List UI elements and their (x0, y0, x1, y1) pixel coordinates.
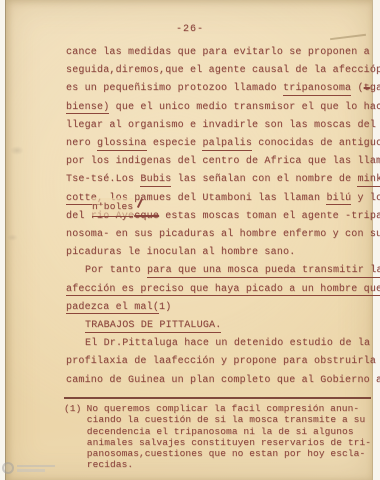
underlined-text: palpalis (202, 138, 252, 151)
underlined-text: padezca el mal( (66, 302, 159, 315)
footnote-text: ciando la cuestión de si la mosca transm… (87, 414, 365, 425)
footnote-text: panosomas,cuestiones que no estan por ho… (87, 448, 365, 459)
typed-line: n'bolesdel rio Ayecque estas moscas toma… (66, 208, 372, 226)
paper-stain (10, 146, 24, 155)
footnote-line: panosomas,cuestiones que no estan por ho… (64, 448, 370, 459)
typed-line: afección es preciso que haya picado a un… (66, 281, 372, 299)
typed-text: Por tanto (85, 265, 147, 276)
typed-text: gam- (370, 83, 380, 94)
underlined-text: biense) (66, 102, 109, 115)
underlined-text: Bubis (140, 174, 171, 187)
typed-line: TRABAJOS DE PITTALUGA. (66, 317, 372, 335)
footnote-text: animales salvajes constituyen reservario… (87, 437, 371, 448)
typed-text: los pamues del Utamboni las llaman (103, 193, 326, 204)
typed-text: seguida,diremos,que el agente causal de … (66, 65, 380, 76)
typed-line: nero glossina especie palpalis conocidas… (66, 135, 372, 153)
typed-line: profilaxia de laafección y propone para … (66, 353, 372, 371)
library-stamp-watermark (2, 460, 55, 476)
typed-text: es un pequeñisimo protozoo llamado (66, 83, 283, 94)
footnote-line: recidas. (64, 459, 370, 470)
typed-text: nero (66, 138, 97, 149)
typed-text: 1) (159, 302, 171, 313)
typed-text: cance las medidas que para evitarlo se p… (66, 47, 370, 58)
paper-stain (7, 234, 18, 241)
typed-line: cance las medidas que para evitarlo se p… (66, 44, 372, 62)
typed-text: llegar al organismo e invadirle son las … (66, 120, 380, 131)
typed-text: picaduras le inoculan al hombre sano. (66, 247, 295, 258)
typed-text: El Dr.Pittaluga hace un detenido estudio… (85, 338, 370, 349)
underlined-text: glossina (97, 138, 147, 151)
underlined-text: TRABAJOS DE PITTALUGA. (85, 320, 221, 333)
footnote-line: animales salvajes constituyen reservario… (64, 437, 370, 448)
typed-text: y los (351, 193, 380, 204)
typed-text: estas moscas toman el agente -tripa- (159, 211, 380, 222)
typed-text: por los indigenas del centro de Africa q… (66, 156, 380, 167)
typed-text: las señalan con el nombre de (171, 174, 357, 185)
underlined-text: minki- (357, 174, 380, 187)
handwritten-insertion: n'boles (92, 198, 133, 217)
footnote-text: recidas. (87, 459, 133, 470)
typed-text: conocidas de antiguo (252, 138, 380, 149)
stamp-circle-icon (2, 462, 14, 474)
typed-text: que el unico medio transmisor el que lo … (109, 102, 380, 113)
typed-text: profilaxia de laafección y propone para … (66, 356, 380, 367)
typed-line: biense) que el unico medio transmisor el… (66, 99, 372, 117)
typed-line: El Dr.Pittaluga hace un detenido estudio… (66, 335, 372, 353)
page-number: -26- (0, 24, 380, 35)
footnote-text: No queremos complicar la facil compresió… (87, 403, 360, 414)
typed-line: Tse-tsé.Los Bubis las señalan con el nom… (66, 171, 372, 189)
footnote-text: decendencia el tripanosoma ni la de si a… (87, 426, 354, 437)
struck-text: cque (134, 211, 159, 222)
stamp-text-lines (17, 465, 55, 472)
footnote-marker: (1) (64, 403, 81, 414)
typed-line: es un pequeñisimo protozoo llamado tripa… (66, 80, 372, 98)
typed-line: picaduras le inoculan al hombre sano. (66, 244, 372, 262)
typed-line: llegar al organismo e invadirle son las … (66, 117, 372, 135)
underlined-text: tripanosoma (283, 83, 351, 96)
typed-text: camino de Guinea un plan completo que al… (66, 375, 380, 386)
typed-line: camino de Guinea un plan completo que al… (66, 372, 372, 390)
typed-line: seguida,diremos,que el agente causal de … (66, 62, 372, 80)
scanned-document-page: -26- cance las medidas que para evitarlo… (0, 0, 380, 480)
footnote-line: (1)No queremos complicar la facil compre… (64, 403, 370, 414)
typed-text: ( (351, 83, 363, 94)
typed-body: cance las medidas que para evitarlo se p… (66, 44, 372, 390)
typed-text: nosoma- en sus picaduras al hombre enfer… (66, 229, 380, 240)
footnote-line: ciando la cuestión de si la mosca transm… (64, 414, 370, 425)
typed-line: Por tanto para que una mosca pueda trans… (66, 262, 372, 280)
footnote-separator-rule (64, 397, 371, 399)
footnote: (1)No queremos complicar la facil compre… (64, 403, 370, 471)
underlined-text: bilú (326, 193, 351, 206)
typed-text: Tse-tsé.Los (66, 174, 140, 185)
typed-line: padezca el mal(1) (66, 299, 372, 317)
footnote-line: decendencia el tripanosoma ni la de si a… (64, 426, 370, 437)
typed-line: por los indigenas del centro de Africa q… (66, 153, 372, 171)
typed-text: especie (147, 138, 203, 149)
underlined-text: afección es preciso que haya picado a un… (66, 284, 380, 297)
underlined-text: para que una mosca pueda transmitir la (147, 265, 380, 278)
typed-line: nosoma- en sus picaduras al hombre enfer… (66, 226, 372, 244)
